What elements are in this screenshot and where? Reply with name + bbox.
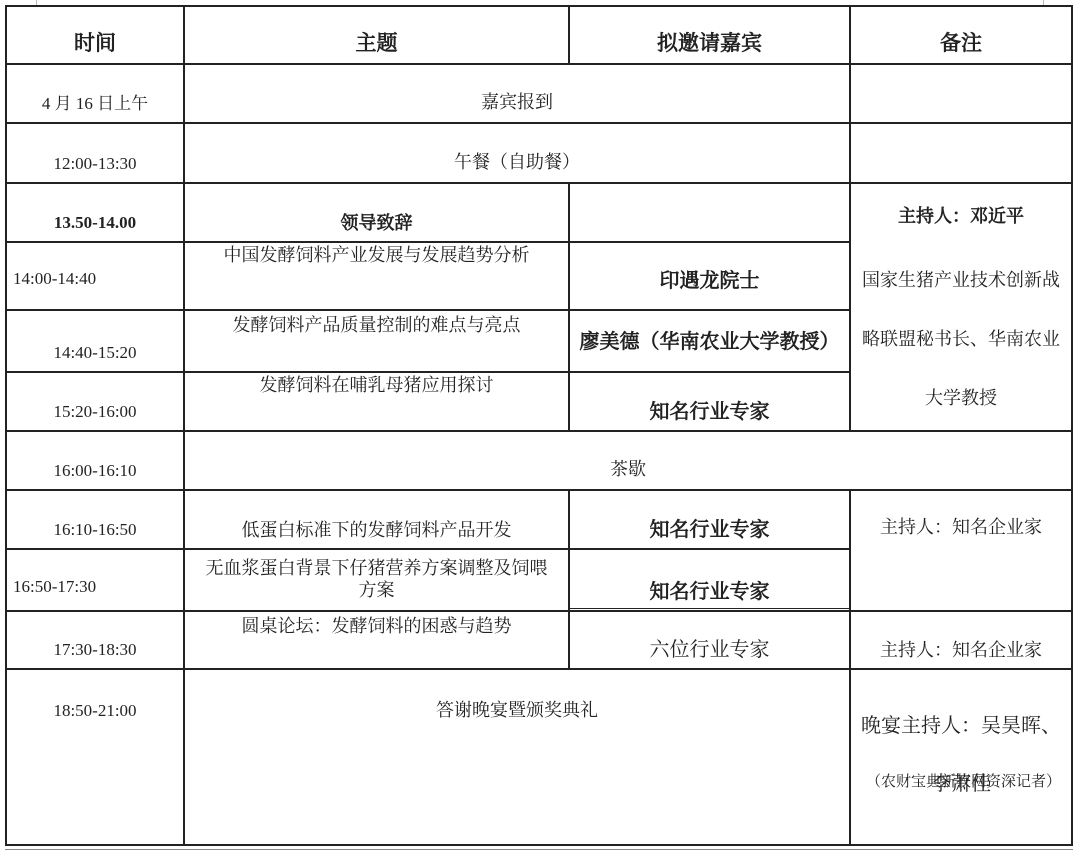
page-bottom-line [5, 849, 1073, 850]
session1-host-note: 主持人：邓近平 国家生猪产业技术创新战略联盟秘书长、华南农业大学教授 [851, 184, 1071, 430]
row-topic: 圆桌论坛：发酵饲料的困惑与趋势 [185, 612, 568, 668]
row-time: 14:00-14:40 [7, 243, 183, 309]
dinner-host: 晚宴主持人：吴昊晖、李萧佳 [861, 696, 1061, 812]
row-time: 14:40-15:20 [7, 311, 183, 371]
row-topic: 答谢晚宴暨颁奖典礼 [185, 670, 849, 844]
row-topic: 中国发酵饲料产业发展与发展趋势分析 [185, 243, 568, 309]
row-time: 16:50-17:30 [7, 550, 183, 610]
header-guest: 拟邀请嘉宾 [570, 7, 849, 63]
row-time: 15:20-16:00 [7, 373, 183, 430]
row-topic: 无血浆蛋白背景下仔猪营养方案调整及饲喂方案 [185, 550, 568, 610]
row-note: 主持人：知名企业家 [851, 612, 1071, 668]
row-guest: 知名行业专家 [570, 491, 849, 548]
row-time: 13.50-14.00 [7, 184, 183, 241]
row-guest: 知名行业专家 [570, 373, 849, 430]
header-note: 备注 [851, 7, 1071, 63]
session2-host-note: 主持人：知名企业家 [851, 491, 1071, 610]
row-guest: 廖美德（华南农业大学教授） [570, 311, 849, 371]
row-time: 12:00-13:30 [7, 124, 183, 182]
row-time: 4 月 16 日上午 [7, 65, 183, 122]
border [568, 608, 850, 609]
row-guest: 知名行业专家 [570, 550, 849, 608]
header-time: 时间 [7, 7, 183, 63]
header-topic: 主题 [185, 7, 568, 63]
row-topic: 发酵饲料在哺乳母猪应用探讨 [185, 373, 568, 430]
session1-host-title: 国家生猪产业技术创新战略联盟秘书长、华南农业大学教授 [861, 251, 1061, 428]
border [5, 844, 1073, 846]
row-time: 16:10-16:50 [7, 491, 183, 548]
border [1071, 5, 1073, 846]
dinner-host-affiliation: （农财宝典新牧网资深记者） [861, 772, 1061, 791]
row-time: 17:30-18:30 [7, 612, 183, 668]
row-guest: 六位行业专家 [570, 612, 849, 668]
session1-host: 主持人：邓近平 [898, 206, 1024, 229]
row-topic: 茶歇 [185, 432, 1071, 489]
row-topic: 低蛋白标准下的发酵饲料产品开发 [185, 491, 568, 548]
row-topic: 午餐（自助餐） [185, 124, 849, 182]
row-topic: 领导致辞 [185, 184, 568, 241]
row-topic: 嘉宾报到 [185, 65, 849, 122]
row-time: 16:00-16:10 [7, 432, 183, 489]
row-topic: 发酵饲料产品质量控制的难点与亮点 [185, 311, 568, 371]
row-guest: 印遇龙院士 [570, 243, 849, 309]
row-time: 18:50-21:00 [7, 670, 183, 844]
dinner-host-note: 晚宴主持人：吴昊晖、李萧佳 （农财宝典新牧网资深记者） [851, 670, 1071, 844]
